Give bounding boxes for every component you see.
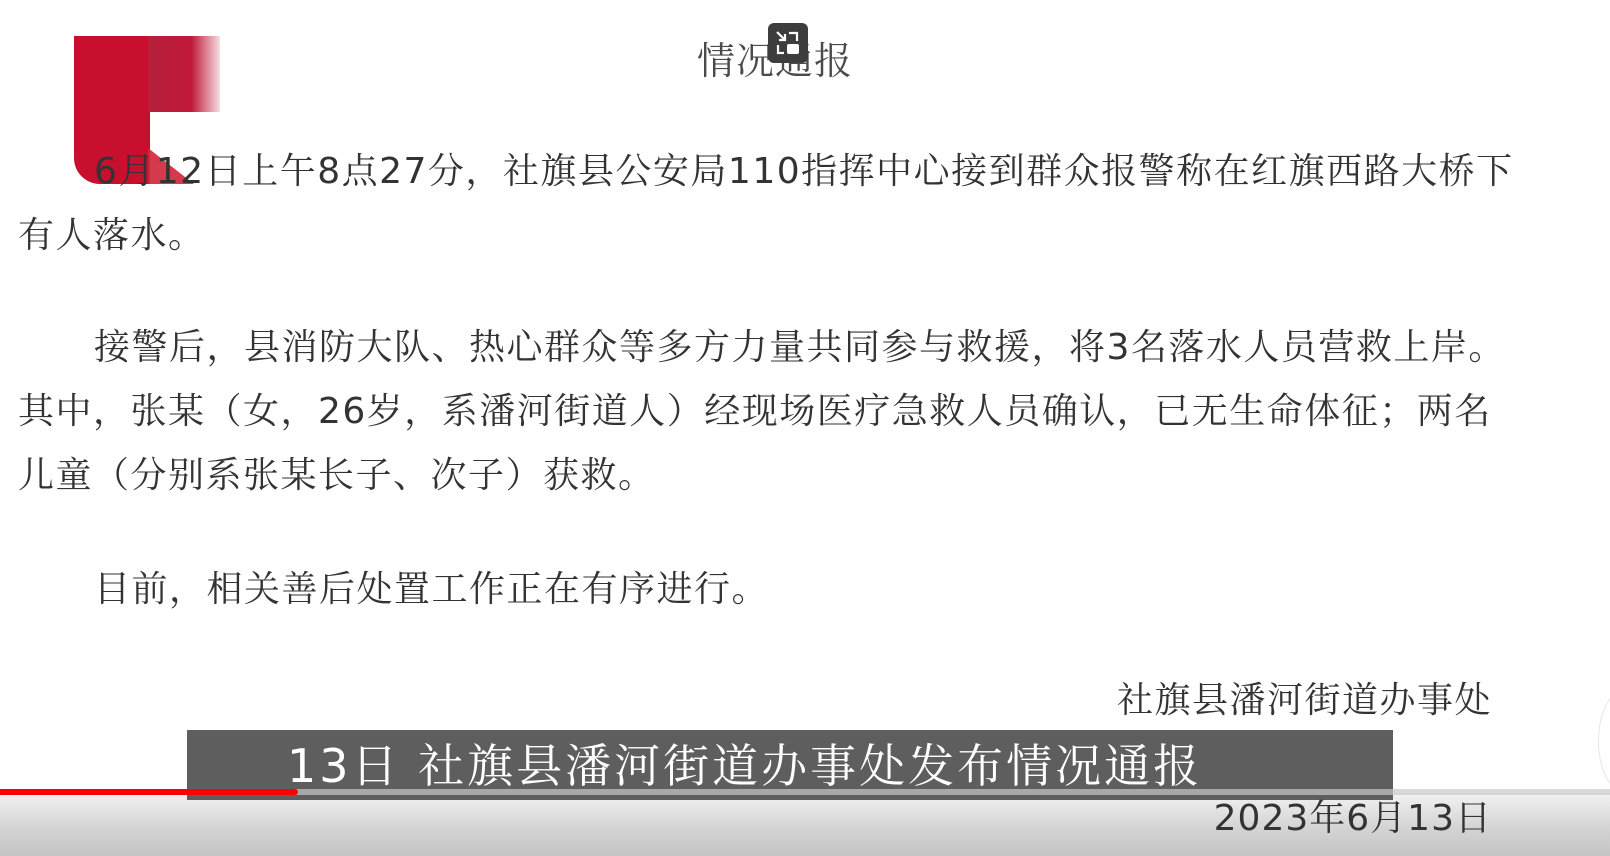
decorative-arc: [1598, 690, 1610, 792]
document-paragraph-1: 6月12日上午8点27分，社旗县公安局110指挥中心接到群众报警称在红旗西路大桥…: [18, 140, 1518, 268]
video-progress-fill: [0, 789, 298, 795]
document-signature: 社旗县潘河街道办事处: [1117, 672, 1492, 723]
exit-fullscreen-icon: [774, 29, 802, 57]
document-paragraph-2: 接警后，县消防大队、热心群众等多方力量共同参与救援，将3名落水人员营救上岸。其中…: [18, 316, 1518, 508]
exit-fullscreen-button[interactable]: [768, 23, 808, 63]
document-date: 2023年6月13日: [1214, 790, 1492, 841]
document-paragraph-3: 目前，相关善后处置工作正在有序进行。: [18, 558, 1518, 622]
video-progress-bar[interactable]: [0, 789, 1610, 795]
video-frame[interactable]: 情况通报 6月12日上午8点27分，社旗县公安局110指挥中心接到群众报警称在红…: [0, 0, 1610, 856]
